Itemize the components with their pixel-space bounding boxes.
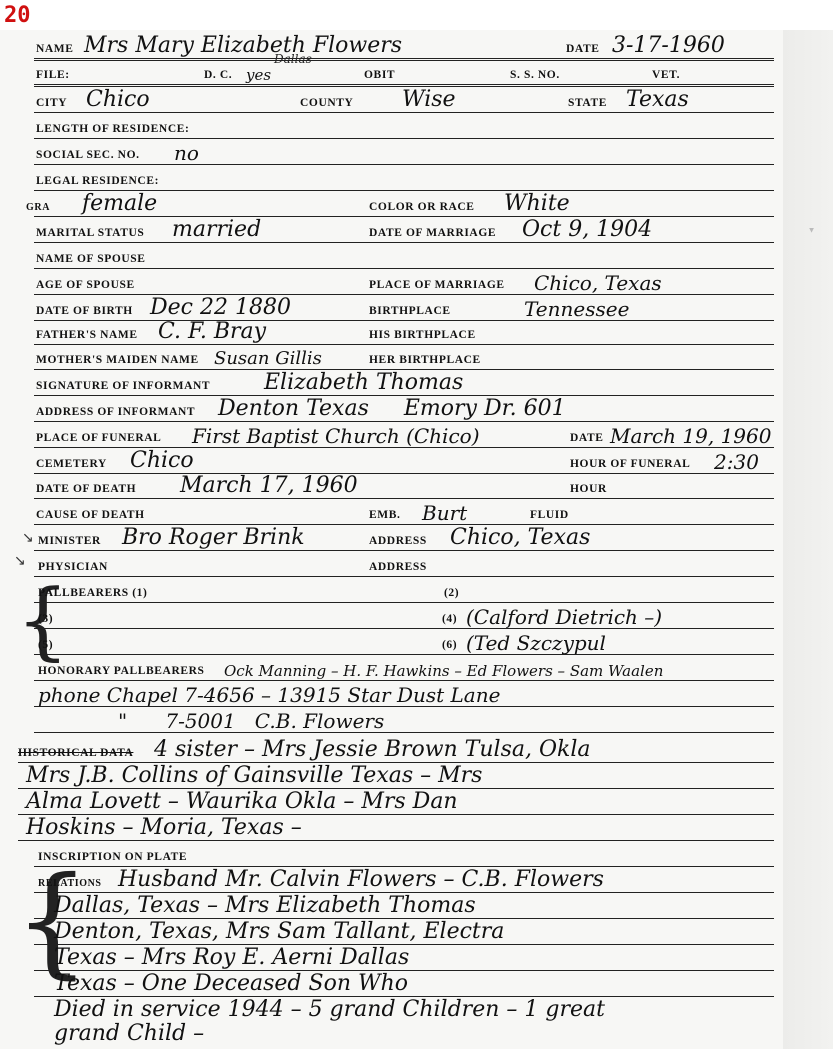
row-sex: GRA SEX female COLOR OR RACE White [34, 192, 774, 217]
row-age-of-spouse: AGE OF SPOUSE PLACE OF MARRIAGE Chico, T… [34, 270, 774, 295]
row-relations-6: Died in service 1944 – 5 grand Children … [34, 998, 774, 1022]
label-emb: EMB. [369, 509, 400, 521]
label-address-of-informant: ADDRESS OF INFORMANT [36, 406, 195, 418]
value-name: Mrs Mary Elizabeth Flowers [84, 35, 402, 57]
label-name-of-spouse: NAME OF SPOUSE [36, 253, 146, 265]
page-number: 20 [4, 3, 38, 29]
label-funeral-date: DATE [570, 432, 604, 444]
row-minister: MINISTER Bro Roger Brink ADDRESS Chico, … [34, 526, 774, 551]
funeral-record-form: ▲ 20 NAME Mrs Mary Elizabeth Flowers DAT… [0, 0, 833, 1049]
row-file: FILE: D. C. yes Dallas OBIT S. S. NO. VE… [34, 60, 774, 87]
row-honorary-pallbearers: HONORARY PALLBEARERS Ock Manning – H. F.… [34, 656, 774, 681]
value-phone-line-2: " 7-5001 C.B. Flowers [118, 711, 384, 731]
value-hour-of-funeral: 2:30 [714, 452, 759, 472]
value-honorary-pallbearers: Ock Manning – H. F. Hawkins – Ed Flowers… [224, 664, 663, 679]
label-social-sec-no: SOCIAL SEC. NO. [36, 149, 140, 161]
label-vet: VET. [652, 69, 680, 81]
label-her-birthplace: HER BIRTHPLACE [369, 354, 481, 366]
row-phone-1: phone Chapel 7-4656 – 13915 Star Dust La… [34, 682, 774, 707]
label-place-of-marriage: PLACE OF MARRIAGE [369, 279, 505, 291]
label-minister-address: ADDRESS [369, 535, 427, 547]
label-pallbearers-2: (2) [444, 587, 459, 599]
row-relations-7: grand Child – [34, 1022, 774, 1046]
label-mothers-maiden-name: MOTHER'S MAIDEN NAME [36, 354, 199, 366]
value-emb: Burt [422, 503, 467, 523]
row-relations-5: Texas – One Deceased Son Who [34, 972, 774, 997]
label-county: COUNTY [300, 97, 353, 109]
row-legal-residence: LEGAL RESIDENCE: [34, 166, 774, 191]
row-date-of-birth: DATE OF BIRTH Dec 22 1880 BIRTHPLACE Ten… [34, 296, 774, 321]
value-relations-3: Denton, Texas, Mrs Sam Tallant, Electra [54, 921, 504, 943]
label-legal-residence: LEGAL RESIDENCE: [36, 175, 159, 187]
row-historical-data-1: HISTORICAL DATA 4 sister – Mrs Jessie Br… [18, 738, 774, 763]
label-minister: MINISTER [38, 535, 101, 547]
value-minister: Bro Roger Brink [122, 527, 305, 549]
row-relations-4: Texas – Mrs Roy E. Aerni Dallas [34, 946, 774, 971]
margin-arrow-icon: ↘ [22, 530, 34, 547]
value-relations-7: grand Child – [54, 1023, 204, 1045]
label-hour: HOUR [570, 483, 607, 495]
row-city: CITY Chico COUNTY Wise STATE Texas [34, 88, 774, 113]
row-mothers-maiden-name: MOTHER'S MAIDEN NAME Susan Gillis HER BI… [34, 345, 774, 370]
value-city: Chico [86, 89, 150, 111]
value-historical-data-2: Mrs J.B. Collins of Gainsville Texas – M… [26, 765, 482, 787]
label-obit: OBIT [364, 69, 395, 81]
row-historical-data-3: Alma Lovett – Waurika Okla – Mrs Dan [18, 790, 774, 815]
value-historical-data-4: Hoskins – Moria, Texas – [26, 817, 302, 839]
value-historical-data-3: Alma Lovett – Waurika Okla – Mrs Dan [26, 791, 458, 813]
label-pallbearers-1: PALLBEARERS (1) [38, 587, 147, 599]
label-marital-status: MARITAL STATUS [36, 227, 144, 239]
value-date: 3-17-1960 [612, 35, 725, 57]
label-physician-address: ADDRESS [369, 561, 427, 573]
label-name: NAME [36, 43, 74, 55]
row-pallbearers-3-4: (3) (4) (Calford Dietrich –) [34, 604, 774, 629]
value-place-of-funeral: First Baptist Church (Chico) [192, 426, 480, 446]
value-relations-2: Dallas, Texas – Mrs Elizabeth Thomas [54, 895, 476, 917]
row-relations-2: Dallas, Texas – Mrs Elizabeth Thomas [34, 894, 774, 919]
value-relations-5: Texas – One Deceased Son Who [54, 973, 408, 995]
value-state: Texas [626, 89, 689, 111]
row-pallbearers-1-2: PALLBEARERS (1) (2) [34, 578, 774, 603]
label-length-of-residence: LENGTH OF RESIDENCE: [36, 123, 189, 135]
margin-arrow-icon: ↘ [14, 553, 26, 570]
row-place-of-funeral: PLACE OF FUNERAL First Baptist Church (C… [34, 423, 774, 448]
label-hour-of-funeral: HOUR OF FUNERAL [570, 458, 690, 470]
row-length-of-residence: LENGTH OF RESIDENCE: [34, 114, 774, 139]
row-name: NAME Mrs Mary Elizabeth Flowers DATE 3-1… [34, 34, 774, 61]
row-address-of-informant: ADDRESS OF INFORMANT Denton Texas Emory … [34, 397, 774, 422]
row-cemetery: CEMETERY Chico HOUR OF FUNERAL 2:30 [34, 449, 774, 474]
label-date-of-birth: DATE OF BIRTH [36, 305, 133, 317]
value-marital-status: married [172, 219, 261, 241]
value-pallbearers-6: (Ted Szczypul [466, 633, 606, 653]
label-age-of-spouse: AGE OF SPOUSE [36, 279, 135, 291]
label-relations: RELATIONS [38, 878, 102, 889]
label-city: CITY [36, 97, 67, 109]
label-cause-of-death: CAUSE OF DEATH [36, 509, 145, 521]
label-date-of-death: DATE OF DEATH [36, 483, 136, 495]
value-social-sec-no: no [174, 143, 199, 163]
value-place-of-marriage: Chico, Texas [534, 273, 662, 293]
row-relations-3: Denton, Texas, Mrs Sam Tallant, Electra [34, 920, 774, 945]
label-ss-no: S. S. NO. [510, 69, 560, 81]
label-pallbearers-3: (3) [38, 613, 53, 625]
value-date-of-death: March 17, 1960 [180, 475, 358, 497]
label-fathers-name: FATHER'S NAME [36, 329, 138, 341]
label-pallbearers-5: (5) [38, 639, 53, 651]
row-fathers-name: FATHER'S NAME C. F. Bray HIS BIRTHPLACE [34, 320, 774, 345]
label-pallbearers-6: (6) [442, 639, 457, 651]
label-date-of-marriage: DATE OF MARRIAGE [369, 227, 496, 239]
row-pallbearers-5-6: (5) (6) (Ted Szczypul [34, 630, 774, 655]
label-cemetery: CEMETERY [36, 458, 107, 470]
value-fathers-name: C. F. Bray [158, 321, 266, 343]
label-dc: D. C. [204, 69, 232, 81]
row-cause-of-death: CAUSE OF DEATH EMB. Burt FLUID [34, 500, 774, 525]
row-relations-1: RELATIONS Husband Mr. Calvin Flowers – C… [34, 868, 774, 893]
label-pallbearers-4: (4) [442, 613, 457, 625]
value-relations-4: Texas – Mrs Roy E. Aerni Dallas [54, 947, 409, 969]
value-date-of-birth: Dec 22 1880 [150, 297, 291, 319]
row-signature-of-informant: SIGNATURE OF INFORMANT Elizabeth Thomas [34, 371, 774, 396]
value-birthplace: Tennessee [524, 299, 629, 319]
label-fluid: FLUID [530, 509, 569, 521]
label-historical-data: HISTORICAL DATA [18, 747, 133, 759]
value-relations-6: Died in service 1944 – 5 grand Children … [54, 999, 605, 1021]
value-sex: female [82, 193, 157, 215]
label-state: STATE [568, 97, 607, 109]
label-birthplace: BIRTHPLACE [369, 305, 451, 317]
value-county: Wise [402, 89, 456, 111]
value-cemetery: Chico [130, 450, 194, 472]
row-inscription-on-plate: INSCRIPTION ON PLATE [34, 842, 774, 867]
row-phone-2: " 7-5001 C.B. Flowers [34, 708, 774, 733]
row-name-of-spouse: NAME OF SPOUSE [34, 244, 774, 269]
label-file: FILE: [36, 69, 70, 81]
value-funeral-date: March 19, 1960 [610, 426, 771, 446]
row-social-sec-no: SOCIAL SEC. NO. no [34, 140, 774, 165]
value-pallbearers-4: (Calford Dietrich –) [466, 607, 662, 627]
value-dc-note: Dallas [274, 52, 312, 66]
scan-top-margin [0, 0, 833, 30]
label-sex: SEX [36, 201, 60, 213]
value-dc: yes [246, 68, 271, 83]
value-relations-1: Husband Mr. Calvin Flowers – C.B. Flower… [118, 869, 604, 891]
margin-stamp: ▲ [807, 175, 821, 235]
row-historical-data-4: Hoskins – Moria, Texas – [18, 816, 774, 841]
row-historical-data-2: Mrs J.B. Collins of Gainsville Texas – M… [18, 764, 774, 789]
label-honorary-pallbearers: HONORARY PALLBEARERS [38, 665, 205, 677]
value-mothers-maiden-name: Susan Gillis [214, 350, 322, 368]
label-place-of-funeral: PLACE OF FUNERAL [36, 432, 161, 444]
label-his-birthplace: HIS BIRTHPLACE [369, 329, 476, 341]
row-physician: PHYSICIAN ADDRESS [34, 552, 774, 577]
value-color-or-race: White [504, 193, 570, 215]
value-date-of-marriage: Oct 9, 1904 [522, 219, 652, 241]
row-marital-status: MARITAL STATUS married DATE OF MARRIAGE … [34, 218, 774, 243]
label-color-or-race: COLOR OR RACE [369, 201, 475, 213]
value-address-of-informant: Denton Texas Emory Dr. 601 [218, 398, 566, 420]
value-signature-of-informant: Elizabeth Thomas [264, 372, 463, 394]
value-phone-line-1: phone Chapel 7-4656 – 13915 Star Dust La… [38, 685, 500, 705]
label-signature-of-informant: SIGNATURE OF INFORMANT [36, 380, 210, 392]
value-historical-data-1: 4 sister – Mrs Jessie Brown Tulsa, Okla [154, 739, 590, 761]
row-date-of-death: DATE OF DEATH March 17, 1960 HOUR [34, 474, 774, 499]
label-date: DATE [566, 43, 600, 55]
value-minister-address: Chico, Texas [450, 527, 590, 549]
